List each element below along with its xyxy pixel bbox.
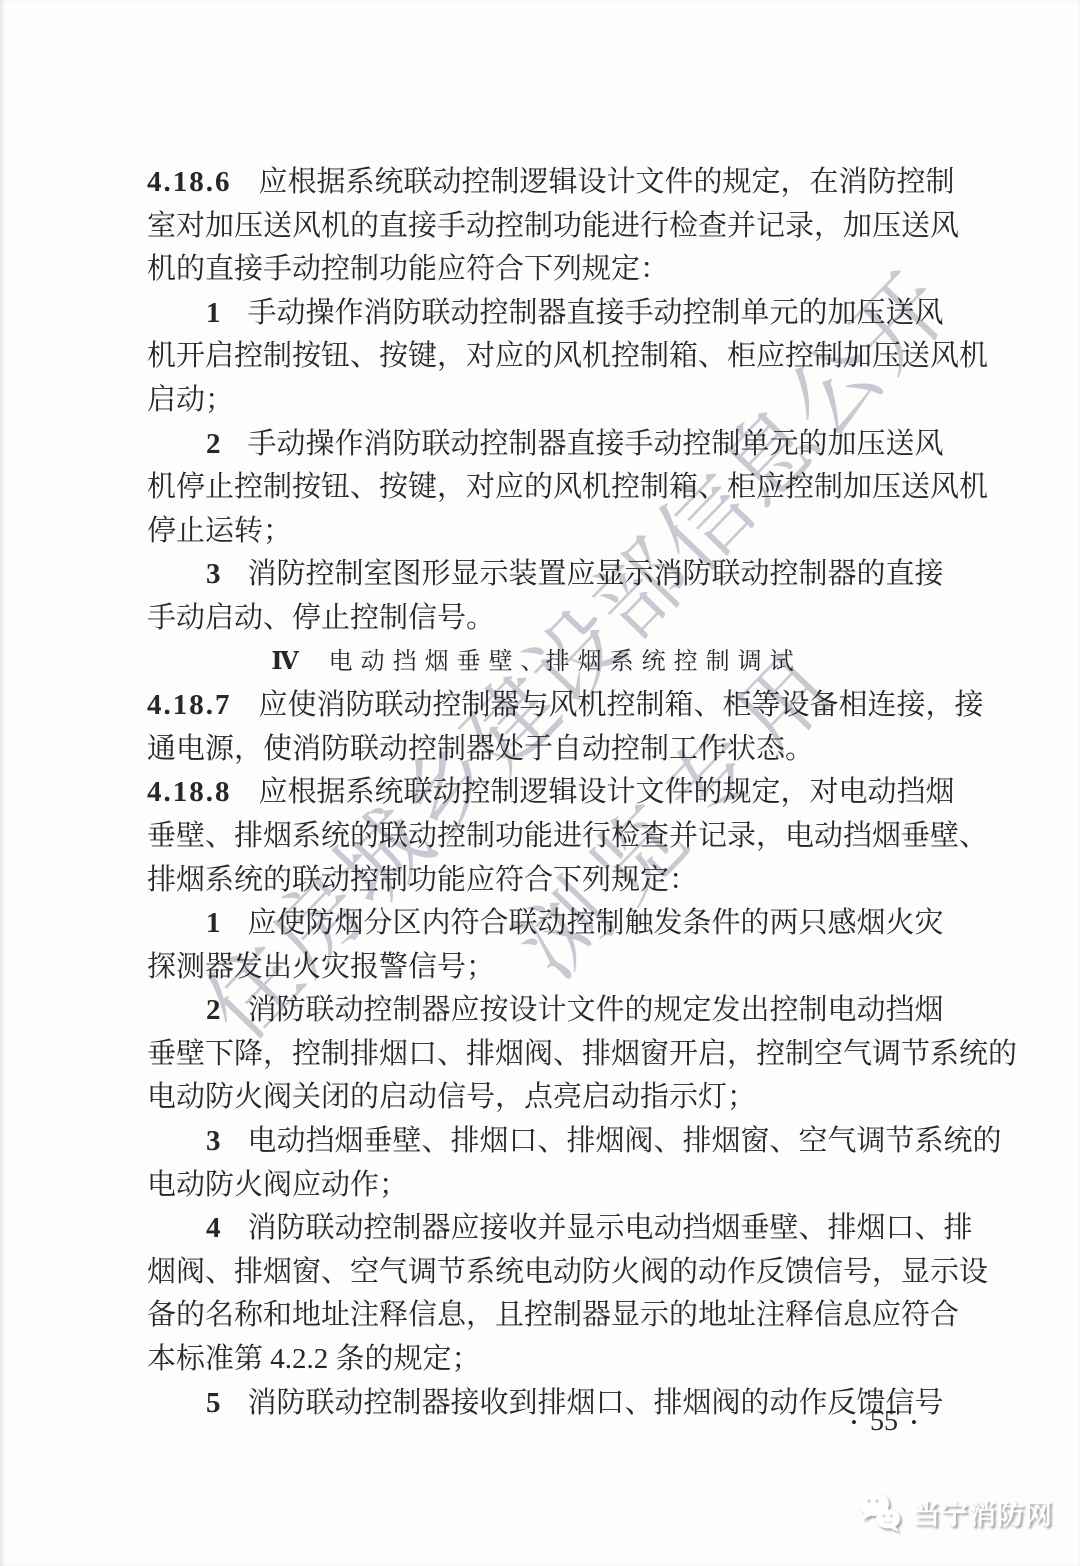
text-line: 烟阀、排烟窗、空气调节系统电动防火阀的动作反馈信号，显示设 bbox=[147, 1251, 953, 1295]
text-line: 排烟系统的联动控制功能应符合下列规定： bbox=[147, 859, 953, 903]
line-text: 应根据系统联动控制逻辑设计文件的规定，在消防控制 bbox=[259, 166, 955, 198]
wechat-bubbles-icon bbox=[856, 1490, 904, 1534]
page-number-value: 55 bbox=[870, 1406, 898, 1438]
line-text: 排烟系统的联动控制功能应符合下列规定： bbox=[147, 864, 698, 896]
page-number-bullet-left: • bbox=[851, 1414, 857, 1431]
line-text: 电动防火阀应动作； bbox=[147, 1169, 408, 1201]
clause-number: 2 bbox=[206, 428, 221, 460]
text-line: 机停止控制按钮、按键，对应的风机控制箱、柜应控制加压送风机 bbox=[147, 466, 953, 510]
line-text: 机开启控制按钮、按键，对应的风机控制箱、柜应控制加压送风机 bbox=[147, 340, 988, 372]
clause-number: 5 bbox=[206, 1387, 221, 1419]
line-text: 机的直接手动控制功能应符合下列规定： bbox=[147, 253, 669, 285]
text-line: 4.18.8应根据系统联动控制逻辑设计文件的规定，对电动挡烟 bbox=[147, 771, 953, 815]
text-line: 电动防火阀关闭的启动信号，点亮启动指示灯； bbox=[147, 1076, 953, 1120]
text-line: 室对加压送风机的直接手动控制功能进行检查并记录，加压送风 bbox=[147, 205, 953, 249]
line-text: 手动启动、停止控制信号。 bbox=[147, 602, 495, 634]
line-text: 通电源，使消防联动控制器处于自动控制工作状态。 bbox=[147, 733, 814, 765]
text-line: 本标准第 4.2.2 条的规定； bbox=[147, 1338, 953, 1382]
document-page: 住房城乡建设部信息公开 浏览专用 4.18.6应根据系统联动控制逻辑设计文件的规… bbox=[0, 0, 1080, 1566]
clause-number: 1 bbox=[206, 907, 221, 939]
heading-numeral: Ⅳ bbox=[271, 649, 298, 675]
line-text: 消防联动控制器应接收并显示电动挡烟垂壁、排烟口、排 bbox=[248, 1212, 973, 1244]
line-text: 本标准第 4.2.2 条的规定； bbox=[147, 1343, 481, 1375]
line-text: 消防联动控制器接收到排烟口、排烟阀的动作反馈信号 bbox=[248, 1387, 944, 1419]
line-text: 室对加压送风机的直接手动控制功能进行检查并记录，加压送风 bbox=[147, 210, 959, 242]
text-line: 停止运转； bbox=[147, 510, 953, 554]
text-line: 备的名称和地址注释信息，且控制器显示的地址注释信息应符合 bbox=[147, 1294, 953, 1338]
clause-number: 4.18.8 bbox=[147, 776, 232, 808]
text-line: 通电源，使消防联动控制器处于自动控制工作状态。 bbox=[147, 728, 953, 772]
brand-logo: 当宁消防网 bbox=[856, 1490, 1053, 1534]
clause-number: 3 bbox=[206, 1125, 221, 1157]
text-line: 机开启控制按钮、按键，对应的风机控制箱、柜应控制加压送风机 bbox=[147, 335, 953, 379]
text-line: 4.18.7应使消防联动控制器与风机控制箱、柜等设备相连接，接 bbox=[147, 684, 953, 728]
text-line: 机的直接手动控制功能应符合下列规定： bbox=[147, 248, 953, 292]
text-line: 2消防联动控制器应按设计文件的规定发出控制电动挡烟 bbox=[147, 989, 953, 1033]
line-text: 应使防烟分区内符合联动控制触发条件的两只感烟火灾 bbox=[248, 907, 944, 939]
clause-number: 4.18.7 bbox=[147, 689, 232, 721]
line-text: 应根据系统联动控制逻辑设计文件的规定，对电动挡烟 bbox=[259, 776, 955, 808]
clause-number: 4 bbox=[206, 1212, 221, 1244]
text-line: 2手动操作消防联动控制器直接手动控制单元的加压送风 bbox=[147, 423, 953, 467]
clause-number: 2 bbox=[206, 994, 221, 1026]
subsection-heading-line: Ⅳ电 动 挡 烟 垂 壁 、排 烟 系 统 控 制 调 试 bbox=[147, 641, 953, 685]
text-line: 5消防联动控制器接收到排烟口、排烟阀的动作反馈信号 bbox=[147, 1382, 953, 1426]
text-line: 3电动挡烟垂壁、排烟口、排烟阀、排烟窗、空气调节系统的 bbox=[147, 1120, 953, 1164]
line-text: 消防控制室图形显示装置应显示消防联动控制器的直接 bbox=[248, 558, 944, 590]
text-line: 垂壁、排烟系统的联动控制功能进行检查并记录，电动挡烟垂壁、 bbox=[147, 815, 953, 859]
line-text: 机停止控制按钮、按键，对应的风机控制箱、柜应控制加压送风机 bbox=[147, 471, 988, 503]
text-line: 3消防控制室图形显示装置应显示消防联动控制器的直接 bbox=[147, 553, 953, 597]
line-text: 垂壁下降，控制排烟口、排烟阀、排烟窗开启，控制空气调节系统的 bbox=[147, 1038, 1017, 1070]
text-line: 电动防火阀应动作； bbox=[147, 1164, 953, 1208]
line-text: 探测器发出火灾报警信号； bbox=[147, 951, 495, 983]
text-line: 探测器发出火灾报警信号； bbox=[147, 946, 953, 990]
line-text: 手动操作消防联动控制器直接手动控制单元的加压送风 bbox=[248, 428, 944, 460]
line-text: 手动操作消防联动控制器直接手动控制单元的加压送风 bbox=[248, 297, 944, 329]
line-text: 备的名称和地址注释信息，且控制器显示的地址注释信息应符合 bbox=[147, 1299, 959, 1331]
clause-number: 4.18.6 bbox=[147, 166, 232, 198]
text-line: 4消防联动控制器应接收并显示电动挡烟垂壁、排烟口、排 bbox=[147, 1207, 953, 1251]
clause-number: 1 bbox=[206, 297, 221, 329]
line-text: 电动防火阀关闭的启动信号，点亮启动指示灯； bbox=[147, 1081, 756, 1113]
line-text: 电 动 挡 烟 垂 壁 、排 烟 系 统 控 制 调 试 bbox=[329, 649, 795, 675]
text-line: 启动； bbox=[147, 379, 953, 423]
page-number: • 55 • bbox=[851, 1406, 917, 1438]
line-text: 电动挡烟垂壁、排烟口、排烟阀、排烟窗、空气调节系统的 bbox=[248, 1125, 1002, 1157]
line-text: 垂壁、排烟系统的联动控制功能进行检查并记录，电动挡烟垂壁、 bbox=[147, 820, 988, 852]
brand-name: 当宁消防网 bbox=[913, 1493, 1053, 1532]
text-line: 垂壁下降，控制排烟口、排烟阀、排烟窗开启，控制空气调节系统的 bbox=[147, 1033, 953, 1077]
line-text: 启动； bbox=[147, 384, 234, 416]
text-line: 1手动操作消防联动控制器直接手动控制单元的加压送风 bbox=[147, 292, 953, 336]
line-text: 停止运转； bbox=[147, 515, 292, 547]
clause-number: 3 bbox=[206, 558, 221, 590]
page-number-bullet-right: • bbox=[911, 1414, 917, 1431]
text-line: 手动启动、停止控制信号。 bbox=[147, 597, 953, 641]
document-content: 4.18.6应根据系统联动控制逻辑设计文件的规定，在消防控制室对加压送风机的直接… bbox=[147, 161, 953, 1425]
line-text: 消防联动控制器应按设计文件的规定发出控制电动挡烟 bbox=[248, 994, 944, 1026]
line-text: 烟阀、排烟窗、空气调节系统电动防火阀的动作反馈信号，显示设 bbox=[147, 1256, 988, 1288]
line-text: 应使消防联动控制器与风机控制箱、柜等设备相连接，接 bbox=[259, 689, 984, 721]
text-line: 1应使防烟分区内符合联动控制触发条件的两只感烟火灾 bbox=[147, 902, 953, 946]
text-line: 4.18.6应根据系统联动控制逻辑设计文件的规定，在消防控制 bbox=[147, 161, 953, 205]
